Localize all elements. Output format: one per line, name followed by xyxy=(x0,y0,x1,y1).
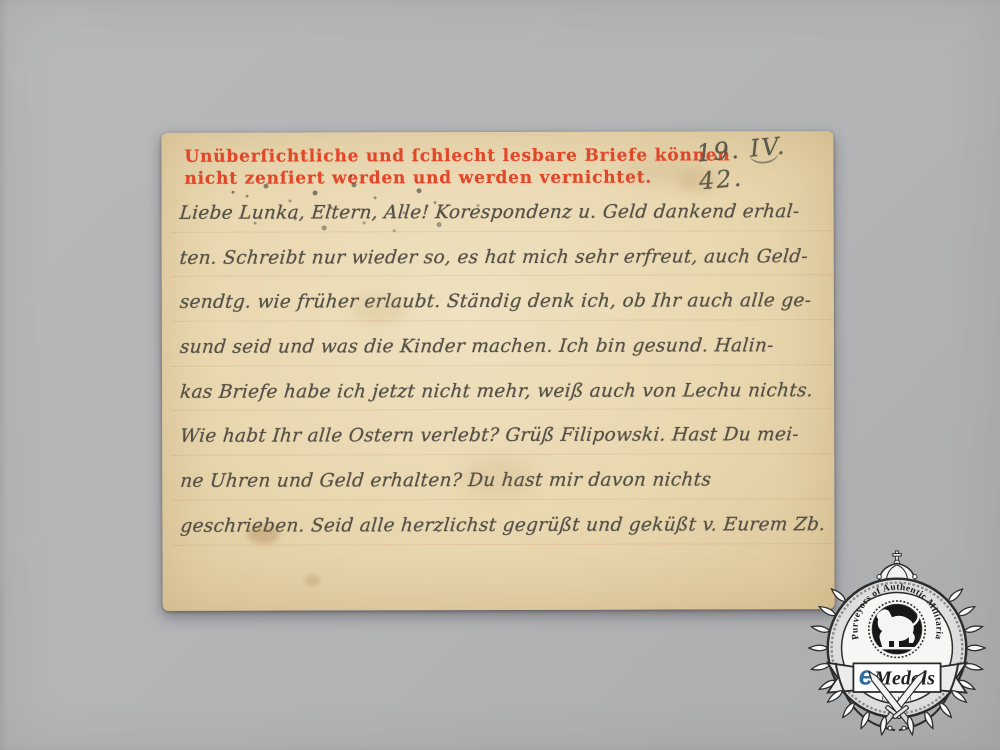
handwriting-line-text: Liebe Lunka, Eltern, Alle! Korespondenz … xyxy=(178,191,801,234)
paper-stain xyxy=(460,457,535,499)
handwriting-line: sendtg. wie früher erlaubt. Ständig denk… xyxy=(180,281,820,327)
emedals-watermark-logo: Purveyors of Authentic Militaria eMedals… xyxy=(798,546,996,748)
handwriting-line-text: Wie habt Ihr alle Ostern verlebt? Grüß F… xyxy=(178,415,800,458)
handwriting-line: Wie habt Ihr alle Ostern verlebt? Grüß F… xyxy=(180,415,820,461)
handwriting-line: kas Briefe habe ich jetzt nicht mehr, we… xyxy=(180,370,820,416)
paper-stain xyxy=(247,526,279,544)
postcard: Unüberſichtliche und ſchlecht lesbare Br… xyxy=(161,131,834,611)
handwriting-line-text: geschrieben. Seid alle herzlichst gegrüß… xyxy=(179,504,827,547)
paper-stain xyxy=(305,575,321,585)
date-underline-stroke xyxy=(748,140,780,165)
paper-stain xyxy=(352,292,407,324)
handwriting-line-text: sund seid und was die Kinder machen. Ich… xyxy=(178,325,775,368)
handwriting-line-text: kas Briefe habe ich jetzt nicht mehr, we… xyxy=(178,370,814,413)
lion-icon xyxy=(869,601,925,657)
handwriting-line: ten. Schreibt nur wieder so, es hat mich… xyxy=(180,236,820,282)
handwriting-line-text: sendtg. wie früher erlaubt. Ständig denk… xyxy=(178,281,813,324)
handwriting-line: Liebe Lunka, Eltern, Alle! Korespondenz … xyxy=(180,191,820,237)
photo-background: Unüberſichtliche und ſchlecht lesbare Br… xyxy=(0,0,1000,750)
handwriting-line-text: ne Uhren und Geld erhalten? Du hast mir … xyxy=(179,460,713,502)
handwriting-line: sund seid und was die Kinder machen. Ich… xyxy=(180,325,820,371)
handwriting-line: geschrieben. Seid alle herzlichst gegrüß… xyxy=(180,504,820,550)
paper-stain xyxy=(616,156,706,186)
ink-smudge-speckles xyxy=(232,191,235,194)
handwriting-line-text: ten. Schreibt nur wieder so, es hat mich… xyxy=(178,236,810,279)
